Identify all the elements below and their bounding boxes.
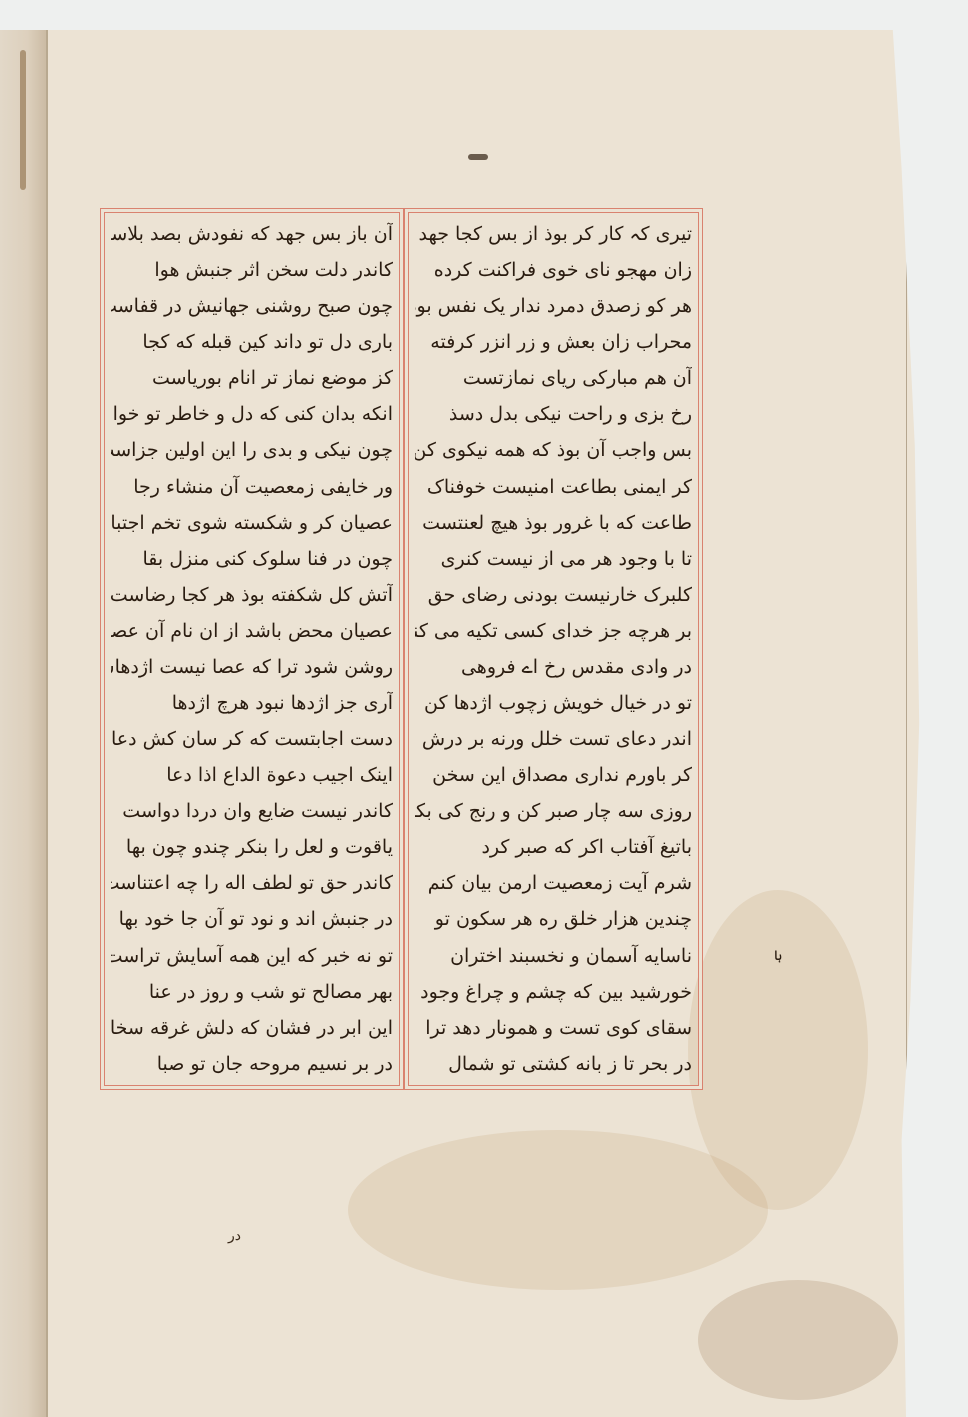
text-line: در وادی مقدس رخ اے فروهی	[415, 650, 692, 684]
text-line: چون صبح روشنی جهانیش در قفاست	[111, 289, 393, 323]
text-line: دست اجابتست که کر سان کش دعاست	[111, 722, 393, 756]
text-line: کر ایمنی بطاعت امنیست خوفناک	[415, 470, 692, 504]
text-line: آری جز اژدها نبود هرچ اژدها	[111, 686, 393, 720]
text-line: بهر مصالح تو شب و روز در عنا	[111, 975, 393, 1009]
text-line: شرم آیت زمعصیت ارمن بیان کنم	[415, 866, 692, 900]
text-line: ور خایفی زمعصیت آن منشاء رجا	[111, 470, 393, 504]
manuscript-folio: آن باز بس جهد که نفودش بصد بلاستکاندر دل…	[48, 30, 928, 1417]
left-text-column: آن باز بس جهد که نفودش بصد بلاستکاندر دل…	[111, 217, 393, 1081]
text-line: چون در فنا سلوک کنی منزل بقا	[111, 542, 393, 576]
text-line: تیری کہ کار کر بوذ از بس کجا جهد	[415, 217, 692, 251]
page-fold-line	[906, 30, 907, 1417]
facing-page-edge	[0, 30, 46, 1417]
text-line: یاقوت و لعل را بنکر چندو چون بها	[111, 830, 393, 864]
foxing-stain	[698, 1280, 898, 1400]
text-line: عصیان محض باشد از ان نام آن عصا	[111, 614, 393, 648]
catchword: در	[228, 1228, 241, 1244]
text-line: باری دل تو داند کین قبله که کجا	[111, 325, 393, 359]
text-line: روشن شود ترا که عصا نیست اژدهاست	[111, 650, 393, 684]
text-line: سقای کوی تست و همونار دهد ترا	[415, 1011, 692, 1045]
text-line: چندین هزار خلق ره هر سکون تو	[415, 902, 692, 936]
text-line: زان مهجو نای خوی فراکنت کرده	[415, 253, 692, 287]
water-stain	[348, 1130, 768, 1290]
text-line: تو نه خبر که این همه آسایش تراست	[111, 939, 393, 973]
text-line: این ابر در فشان که دلش غرقه سخاست	[111, 1011, 393, 1045]
text-line: هر کو زصدق دمرد ندار یک نفس بوذ	[415, 289, 692, 323]
text-line: کاندر حق تو لطف اله را چه اعتناست	[111, 866, 393, 900]
text-line: کلبرک خارنیست بودنی رضای حق	[415, 578, 692, 612]
right-text-column-frame: تیری کہ کار کر بوذ از بس کجا جهدزان مهجو…	[404, 208, 703, 1090]
text-line: روزی سه چار صبر کن و رنج کی بکش	[415, 794, 692, 828]
text-line: تا با وجود هر می از نیست کنری	[415, 542, 692, 576]
text-line: کاندر دلت سخن اثر جنبش هوا	[111, 253, 393, 287]
text-line: عصیان کر و شکسته شوی تخم اجتباست	[111, 506, 393, 540]
text-line: آن باز بس جهد که نفودش بصد بلاست	[111, 217, 393, 251]
text-line: انکه بدان کنی که دل و خاطر تو خوا	[111, 397, 393, 431]
left-text-column-frame: آن باز بس جهد که نفودش بصد بلاستکاندر دل…	[100, 208, 404, 1090]
text-line: ناسایه آسمان و نخسبند اختران	[415, 939, 692, 973]
text-line: آن هم مبارکی ریای نمازتست	[415, 361, 692, 395]
text-line: آتش کل شکفته بوذ هر کجا رضاست	[111, 578, 393, 612]
text-line: چون نیکی و بدی را این اولین جزاست	[111, 433, 393, 467]
text-line: بر هرچه جز خدای کسی تکیه می کند	[415, 614, 692, 648]
text-line: کز موضع نماز تر انام بوریاست	[111, 361, 393, 395]
text-line: در بحر تا ز بانه کشتی تو شمال	[415, 1047, 692, 1081]
text-line: در جنبش اند و نود تو آن جا خود بها	[111, 902, 393, 936]
text-line: باتیغ آفتاب اکر که صبر کرد	[415, 830, 692, 864]
text-line: خورشید بین که چشم و چراغ وجود اوست	[415, 975, 692, 1009]
text-line: محراب زان بعش و زر انزر کرفته	[415, 325, 692, 359]
text-line: در بر نسیم مروحه جان تو صبا	[111, 1047, 393, 1081]
right-text-column: تیری کہ کار کر بوذ از بس کجا جهدزان مهجو…	[415, 217, 692, 1081]
margin-annotation: ہا	[774, 948, 782, 964]
text-line: طاعت که با غرور بوذ هیچ لعنتست	[415, 506, 692, 540]
text-line: بس واجب آن بوذ که همه نیکوی کن	[415, 433, 692, 467]
text-line: اینک اجیب دعوة الداع اذا دعا	[111, 758, 393, 792]
text-line: رخ بزی و راحت نیکی بدل دسذ	[415, 397, 692, 431]
text-line: کر باورم نداری مصداق این سخن	[415, 758, 692, 792]
text-line: اندر دعای تست خلل ورنه بر درش	[415, 722, 692, 756]
text-line: تو در خیال خویش زچوب اژدها کن	[415, 686, 692, 720]
paper-tear	[20, 50, 26, 190]
text-line: کاندر نیست ضایع وان دردا دواست	[111, 794, 393, 828]
folio-mark	[468, 154, 488, 160]
